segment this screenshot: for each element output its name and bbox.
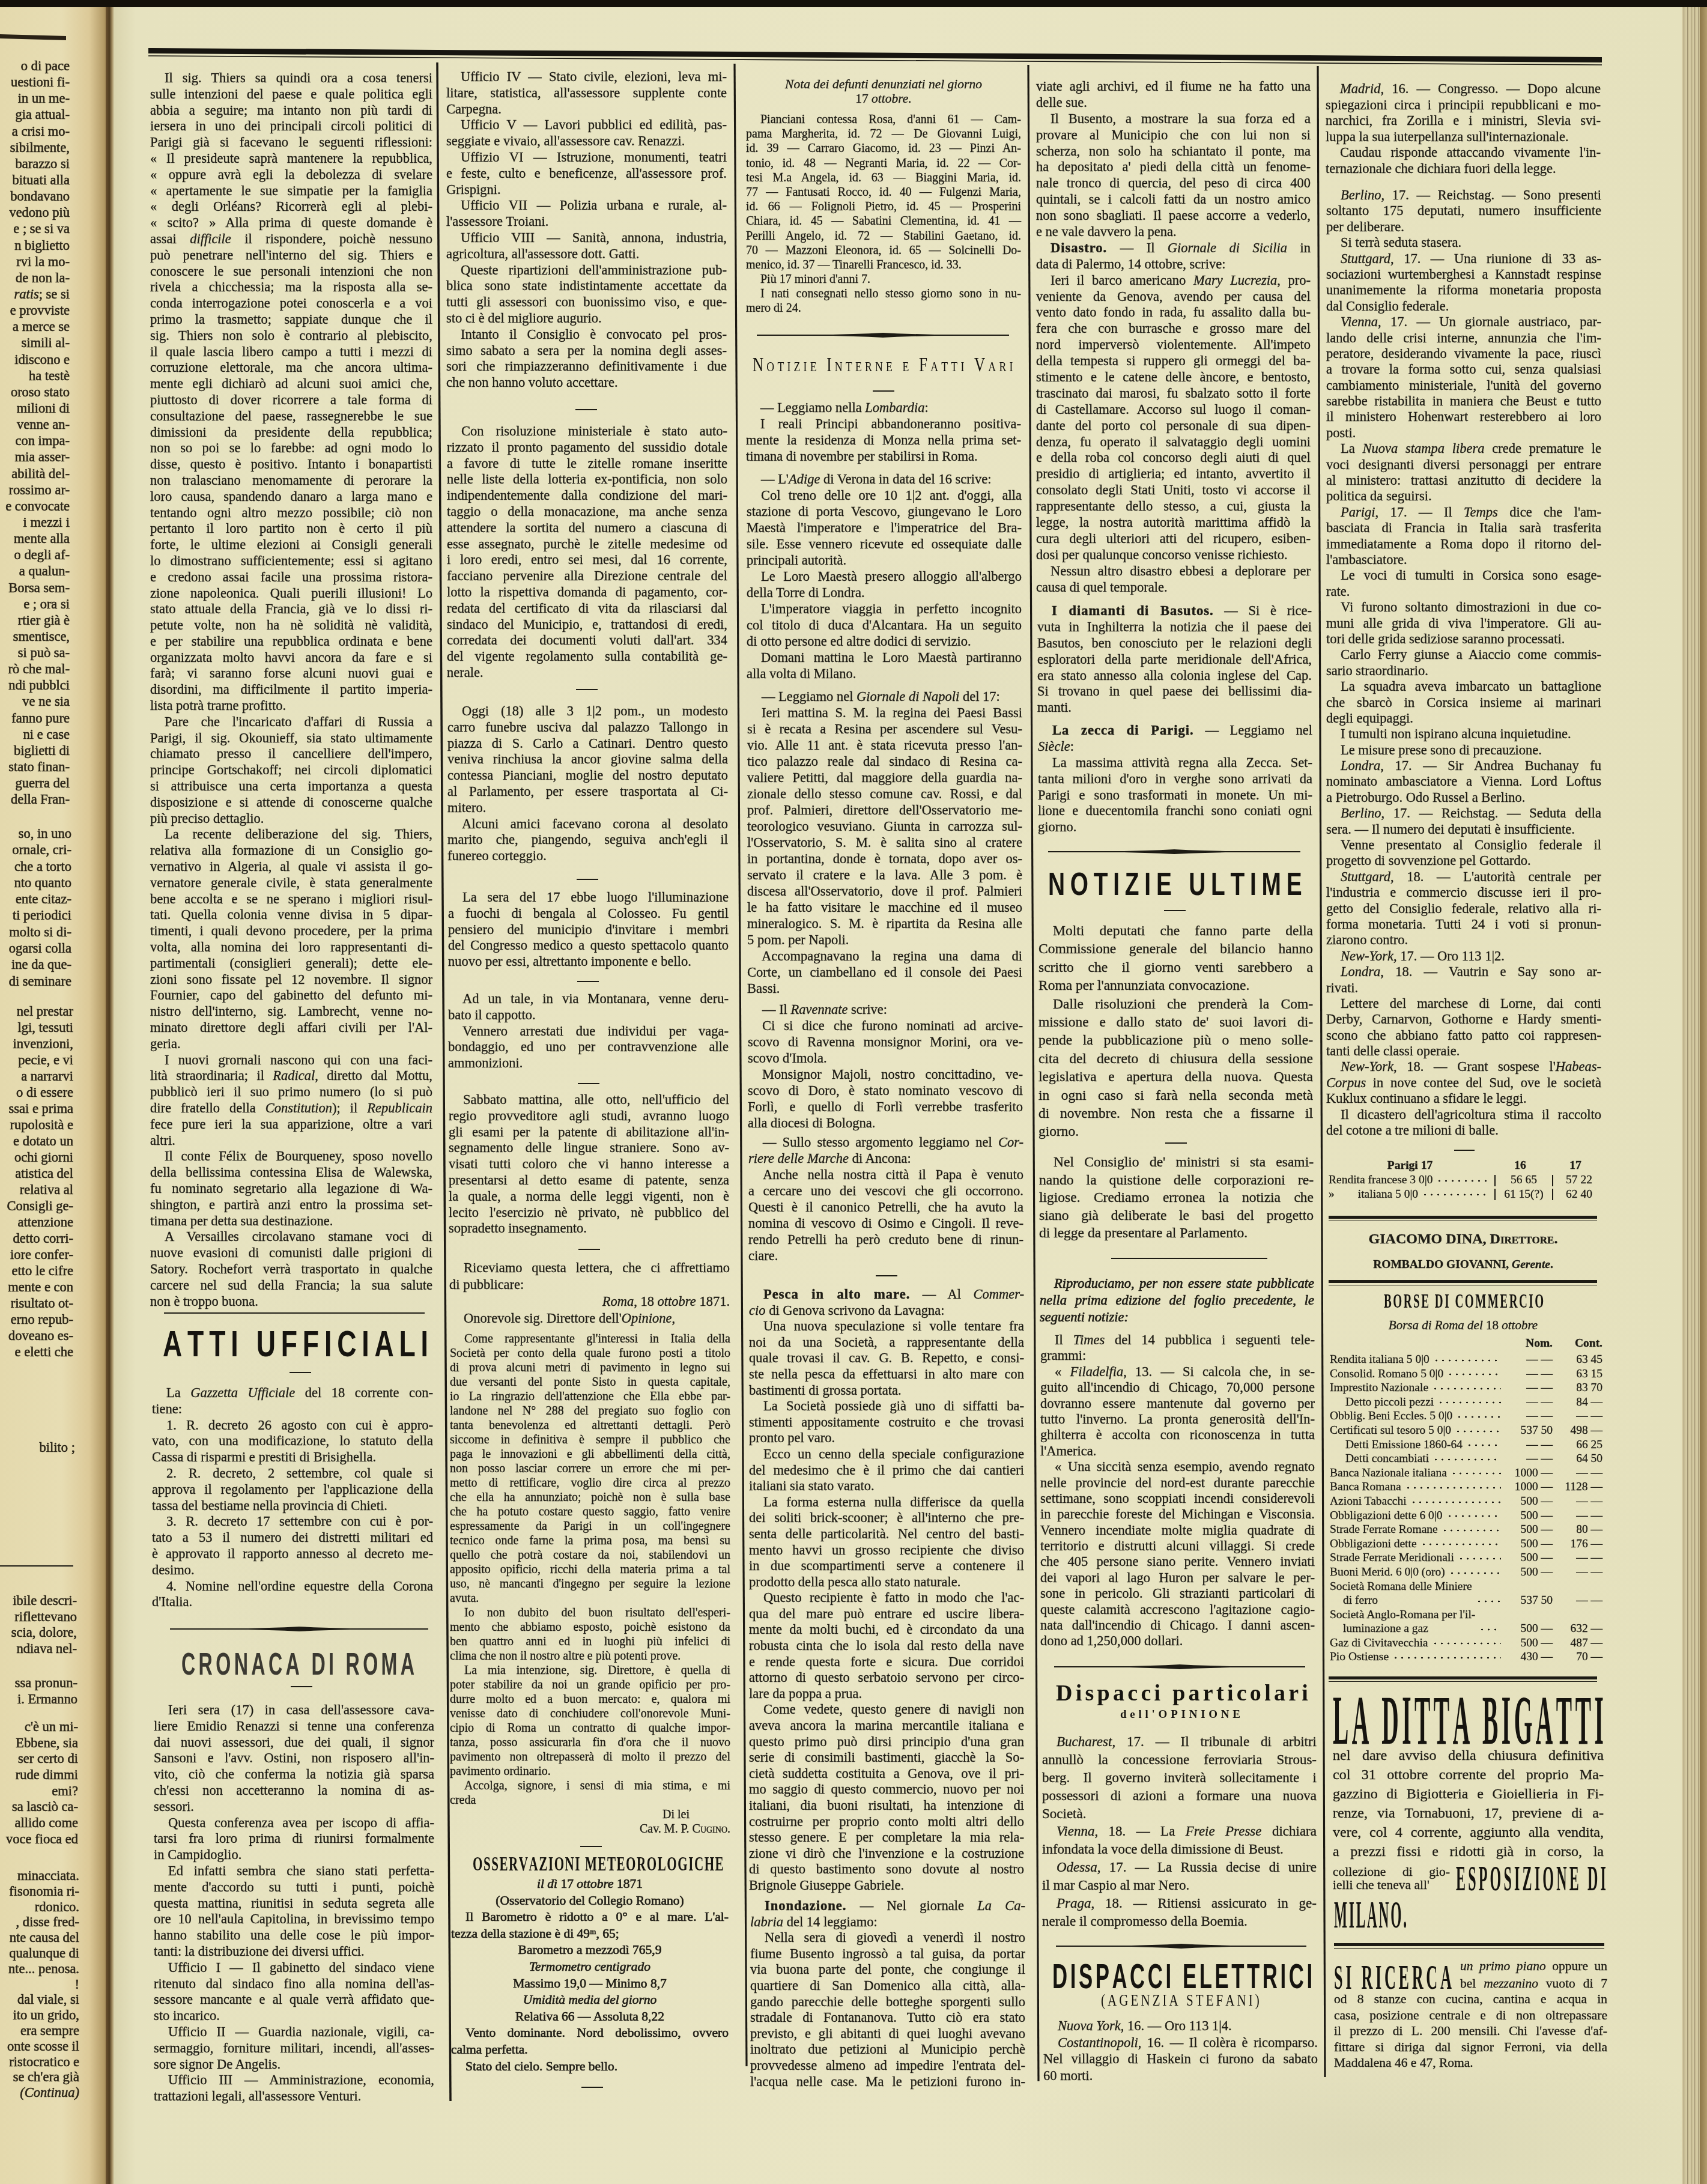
paragraph: Londra, 18. — Vautrin e Say sono ar-riva… <box>1326 964 1601 996</box>
text-line: attendere la sortita del numero a ciascu… <box>447 520 727 536</box>
text-line: scovo d'Imola. <box>748 1050 1023 1066</box>
text-line: scovo di Ravenna monsignor Morini, ora v… <box>748 1034 1023 1050</box>
short-rule <box>576 689 598 690</box>
heading-glyph: T <box>1231 1959 1244 1994</box>
text-line: dei soliti brick-scooner; è all'interno … <box>749 1510 1024 1526</box>
text-line: ste nella pesca da effettuarsi in alto m… <box>749 1367 1024 1383</box>
text-line: blica sono state indistintamente accetta… <box>446 278 727 294</box>
dot-leader <box>1476 1598 1501 1604</box>
heading-glyph: O <box>1390 1896 1401 1934</box>
paragraph: Venne presentato al Consiglio federale i… <box>1326 837 1601 869</box>
text-line: Carpegna. <box>446 102 727 118</box>
text-line: o di pace <box>0 58 70 74</box>
text-line: ha depositato a' piedi della città un fe… <box>1036 159 1311 175</box>
text-line: del Congresso medico a questo spettacolo… <box>448 938 729 954</box>
text-line: e della roba col concorso degli aiuti di… <box>1036 450 1311 466</box>
text-line: Londra, 17. — Sir Andrea Buchanay fu <box>1326 758 1601 774</box>
bold-run: Inondazione. <box>765 1898 846 1913</box>
text-line: prodotto della pesca allo stato naturale… <box>749 1574 1024 1591</box>
heading-glyph: R <box>1412 1961 1424 1995</box>
italic-run: Praga <box>1057 1896 1091 1911</box>
bold-run: I diamanti di Basutos. <box>1052 603 1214 618</box>
text-run: — Nel giornale <box>846 1898 977 1913</box>
section-heading-notizie-ultime: NOTIZIE ULTIME <box>1048 868 1302 900</box>
heading-glyph <box>896 355 899 375</box>
paragraph: Le voci di tumulti in Corsica sono esage… <box>1326 568 1601 599</box>
text-run: dice che l'am- <box>1498 505 1601 520</box>
paragraph: od 8 stanze con cucina, cantina e acqua … <box>1334 1991 1607 2071</box>
text-line: Le Loro Maestà presero alloggio all'albe… <box>747 568 1022 584</box>
paragraph: I diamanti di Basutos. — Si è rice-vuta … <box>1037 603 1312 716</box>
text-line: sone in pericolo. Gli strazianti partico… <box>1040 1586 1315 1601</box>
paragraph: — Il Ravennate scrive: <box>748 1001 1023 1018</box>
text-line: etto le cifre <box>0 1263 73 1279</box>
dot-leader <box>1456 1414 1501 1420</box>
text-line: Oggi (18) alle 3 1|2 pom., un modesto <box>447 703 728 720</box>
text-run: , 17. — Il <box>1375 505 1464 520</box>
text-line: previsto, e gli abitanti di quei luoghi … <box>750 2026 1025 2042</box>
paragraph: il dì 17 ottobre 1871 <box>451 1876 729 1893</box>
text-line: altri. <box>150 1133 432 1149</box>
text-line: Nessun altro disastro ebbesi a deplorare… <box>1036 563 1311 580</box>
text-line: questa mattina, riunitisi in seduta segr… <box>154 1896 434 1912</box>
italic-run: Borsa di Roma del <box>1389 1318 1483 1332</box>
text-line: nata dall'incendio di Chicago. I danni a… <box>1040 1618 1315 1633</box>
text-line: nel dare avviso della chiusura definitiv… <box>1333 1746 1604 1765</box>
text-line: rappresentante dello stesso, a cui, gius… <box>1036 499 1311 515</box>
dot-leader <box>1449 1570 1501 1576</box>
heading-glyph: I <box>1349 1896 1354 1934</box>
text-line: rdonico. <box>0 1899 79 1915</box>
text-line: io La ringrazio dell'attenzione che Ella… <box>450 1389 730 1404</box>
cell-cont: — — <box>1556 1409 1602 1424</box>
paragraph: ROMBALDO GIOVANNI, Gerente. <box>1326 1258 1601 1272</box>
text-line: spiegazioni circa i principii repubblica… <box>1326 97 1601 114</box>
cell-nom: 500 — <box>1505 1565 1553 1580</box>
section-heading-dispacci-particolari: Dispacci particolari <box>1056 1682 1308 1704</box>
text-line: ito un grido, <box>0 2007 79 2023</box>
heading-glyph: c <box>1237 1682 1247 1704</box>
text-line: che sbarcò in Corsica insieme ai marinar… <box>1326 695 1601 711</box>
italic-run: Stuttgard <box>1341 251 1390 266</box>
heading-glyph: I <box>575 1854 580 1875</box>
text-line: stesso genere. E per completare la mia r… <box>749 1830 1024 1846</box>
text-line: Ad un tale, in via Montanara, venne deru… <box>448 991 729 1007</box>
cell-nom: 1000 — <box>1505 1480 1553 1494</box>
text-line: seggiate e vivaio, all'assessore cav. Re… <box>446 133 727 150</box>
dispacci-particolari-items: Bucharest, 17. — Il tribunale di arbitri… <box>1042 1733 1317 1931</box>
text-line: ndiava nel- <box>0 1641 77 1657</box>
ad-si-ricerca-body: od 8 stanze con cucina, cantina e acqua … <box>1334 1991 1607 2071</box>
text-line: invenzioni, <box>0 1036 73 1052</box>
double-rule <box>1329 1280 1597 1285</box>
article-uffici-municipali: Ufficio IV — Stato civ​ile, elezioni, le… <box>446 69 727 391</box>
heading-glyph <box>912 355 916 375</box>
text-line: tesi M.a Angela, id. 63 — Biaggini Maria… <box>746 171 1021 185</box>
text-line: un primo piano oppure un <box>1460 1958 1607 1975</box>
heading-glyph: N <box>234 1649 248 1680</box>
heading-glyph: E <box>1232 1709 1240 1721</box>
paragraph: Stuttgard, 17. — Una riunione di 33 as-s… <box>1326 251 1601 315</box>
text-line: Massimo 19,0 — Minimo 8,7 <box>451 1976 729 1992</box>
italic-run: Stuttgard <box>1341 869 1390 884</box>
italic-run: Filadelfia <box>1070 1364 1123 1379</box>
text-run: , 17. — Il tribunale di arbitri <box>1112 1734 1317 1749</box>
heading-glyph: O <box>1542 1860 1554 1896</box>
text-line: nella prima edizione del foglio preceden… <box>1040 1292 1314 1309</box>
text-line: d'Italia. <box>152 1594 433 1610</box>
heading-glyph: S <box>1413 1292 1420 1312</box>
heading-glyph: L <box>399 1326 416 1363</box>
text-line: serie di consimili bastimenti, giacchè l… <box>749 1750 1024 1766</box>
text-line: ziarono contro. <box>1326 932 1601 948</box>
italic-run: Nota dei defunti denunziati nel giorno <box>785 77 982 91</box>
text-line: 1. R. decreto 26 agosto con cui è appro- <box>152 1418 433 1434</box>
text-line: « degli Orléans? Ricorrerà egli al plebi… <box>150 199 432 215</box>
text-line: lo dimostrano sufficientemente; essi si … <box>150 553 432 569</box>
text-line: lgi, tessuti <box>0 1019 73 1036</box>
heading-glyph: I <box>1144 868 1151 900</box>
text-line: biglietti di <box>0 742 70 759</box>
text-line: degli equipaggi. <box>1326 711 1601 726</box>
cell-cont: 1128 — <box>1556 1480 1602 1494</box>
text-line: con impa- <box>0 432 70 449</box>
cell-label: Imprestito Nazionale <box>1330 1381 1428 1395</box>
text-line: progetto di sovvenzione pel Gottardo. <box>1326 853 1601 869</box>
text-line: disse, questo è positivo. Intanto i bona… <box>150 457 432 473</box>
text-line: dimissioni da presidente della repubblic… <box>150 425 432 441</box>
text-line: La squadra aveva imbarcato un battaglion… <box>1326 679 1601 694</box>
table-row: Consolid. Romano 5 0|0— —63 15 <box>1330 1367 1602 1382</box>
heading-glyph <box>1451 1292 1454 1312</box>
text-line: non so poi se lo farebbe: ad ogni modo l… <box>150 440 432 457</box>
text-run: del 14 pubblica i seguenti tele- <box>1105 1332 1315 1347</box>
text-line: a favore di tutte le zitelle romane inse… <box>447 456 727 472</box>
text-line: mia asser- <box>0 449 70 465</box>
text-line: non posso lasciar correre un errore che … <box>450 1461 730 1476</box>
heading-glyph: O <box>1208 1709 1217 1721</box>
heading-glyph: I <box>1375 1961 1381 1995</box>
short-rule <box>578 1249 600 1250</box>
paragraph: « Una siccità senza esempio, avendo regn… <box>1040 1459 1315 1649</box>
section-heading-cronaca-di-roma: CRONACA DI ROMA <box>181 1649 414 1680</box>
text-line: rude dimmi <box>0 1767 78 1783</box>
text-line: inoltrato due petizioni al Municipio per… <box>750 2042 1025 2058</box>
text-run: : <box>1070 739 1074 754</box>
heading-glyph: C <box>1519 1292 1527 1312</box>
text-line: idiscono e <box>0 351 70 368</box>
paragraph: — Leggiamo nel Giornale di Napoli del 17… <box>747 688 1022 705</box>
text-line: della Fran- <box>0 791 70 807</box>
text-line: Borsa di Roma del 18 ottobre <box>1326 1318 1601 1332</box>
text-line: a qualun- <box>0 563 70 579</box>
text-line: nuovo per essi, altrettanto imponente e … <box>448 954 729 970</box>
text-line: Ed infatti sembra che siano stati perfet… <box>154 1863 434 1879</box>
heading-glyph: A <box>1352 1686 1369 1756</box>
telegrams-list: Berlino, 17. — Reichstag. — Sono present… <box>1326 187 1601 1138</box>
cell-label: Azioni Tabacchi <box>1330 1494 1407 1509</box>
text-line: ammonizioni. <box>448 1055 729 1072</box>
text-line: fanno pure <box>0 710 70 726</box>
ornamental-rule <box>1048 851 1300 852</box>
heading-glyph: S <box>491 1854 499 1875</box>
paragraph: 3. R. decreto 17 settembre con cui è por… <box>152 1514 433 1578</box>
heading-glyph: z <box>794 355 801 375</box>
text-line: consolato degli Stati Uniti, tosto vi ac… <box>1036 482 1311 499</box>
paragraph: Le misure prese sono di precauzione. <box>1326 742 1601 758</box>
text-run: — Si è rice- <box>1214 603 1312 618</box>
text-line: fiume Busento ingrossò a tal guisa, da p… <box>750 1946 1025 1962</box>
text-line: a Pietroburgo. Odo Russel a Berlino. <box>1326 790 1601 805</box>
text-line: Vennero incendiate molte miglia quadrate… <box>1040 1523 1315 1538</box>
paragraph: GIACOMO DINA, Direttore. <box>1326 1231 1601 1247</box>
text-run: vuoto di 7 <box>1538 1976 1607 1991</box>
text-line: voci designanti diversi personaggi per e… <box>1326 457 1601 473</box>
heading-glyph: I <box>1181 1709 1186 1721</box>
text-line: sig. Thiers non solo è contrario al pleb… <box>150 328 432 344</box>
text-run: , 13. — Si calcola che, in se- <box>1123 1364 1315 1379</box>
column-divider-2 <box>735 64 747 2066</box>
table-row: Rendita francese 3 0|056 6557 22 <box>1329 1173 1602 1188</box>
text-line: sarebbe ristabilita in maniera che Beust… <box>1326 393 1601 409</box>
text-line: prof. Palmieri, direttore dell'Osservato… <box>747 802 1022 818</box>
text-line: siano già deliberate le basi del progett… <box>1039 1207 1314 1225</box>
text-line: Borsa sem- <box>0 580 70 596</box>
text-line: sario straordinario. <box>1326 663 1601 679</box>
news-inondazione: Inondazione. — Nel giornale La Ca-labria… <box>750 1898 1025 2090</box>
facing-page-fragment: ssa pronun-i. Ermanno <box>0 1675 77 1707</box>
text-line: possessori di azioni a formare una nuova <box>1042 1787 1317 1805</box>
text-line: Fournier, capo del gabinetto del defunto… <box>150 987 432 1004</box>
text-line: oroso stato <box>0 384 70 400</box>
text-line: mente alla <box>0 530 70 547</box>
news-zecca-parigi: La zecca di Parigi. — Leggiamo nelSiècle… <box>1038 723 1312 836</box>
text-run: crede premature le <box>1485 441 1601 456</box>
text-line: Ieri sera (17) in casa dell'assessore ca… <box>154 1702 434 1718</box>
heading-glyph <box>581 1854 584 1875</box>
table-row: Strade Ferrate Romane500 —80 — <box>1330 1523 1602 1537</box>
text-line: ritenuto dal sindaco fino alla nomina de… <box>154 1976 434 1992</box>
text-run: — Il <box>762 1002 791 1017</box>
heading-glyph: e <box>886 355 893 375</box>
heading-glyph: I <box>1594 1686 1603 1756</box>
text-line: muni alle grida di viva l'imperatore. Gl… <box>1326 616 1601 631</box>
italic-run: Parigi <box>1341 505 1375 520</box>
cell-nom: — — <box>1505 1395 1553 1410</box>
cell-cont: — — <box>1556 1494 1602 1509</box>
text-run: , 16. — Congresso. — Dopo alcune <box>1381 81 1601 96</box>
heading-glyph: O <box>1465 1292 1474 1312</box>
text-line: l'acqua nelle case. Ma le petizioni furo… <box>750 2074 1025 2090</box>
heading-glyph: I <box>1113 868 1120 900</box>
news-diamanti-basutos: I diamanti di Basutos. — Si è rice-vuta … <box>1037 603 1312 716</box>
text-line: simili al- <box>0 335 70 351</box>
text-line: quale trovasi il cav. G. B. Repetto, e c… <box>749 1350 1024 1367</box>
text-line: New-York, 18. — Grant sospese l'Habeas- <box>1326 1059 1601 1075</box>
text-line: funereo corteggio. <box>447 848 728 864</box>
text-line: al ministero: trattasi anzitutto di deci… <box>1326 473 1601 488</box>
heading-glyph: I <box>688 1854 693 1875</box>
heading-glyph: R <box>1404 1292 1412 1312</box>
cell-nom: — — <box>1505 1452 1553 1466</box>
text-line: e ; ora si <box>0 596 70 612</box>
heading-glyph: O <box>626 1854 635 1875</box>
text-line: disordini, ma difficilmente il partito i… <box>150 682 432 698</box>
text-line: Chiara, id. 45 — Sabatini Clementina, id… <box>746 214 1021 228</box>
text-line: siccome in definitiva è sempre il pubbli… <box>450 1433 730 1447</box>
text-line: geria. <box>150 1036 432 1052</box>
text-line: cio di Genova scrivono da Lavagna: <box>749 1303 1024 1319</box>
text-line: Odessa, 17. — La Russia decise di unire <box>1042 1858 1317 1876</box>
text-line: berg. Il governo inviterà sollecitamente… <box>1042 1769 1317 1787</box>
text-line: quello che potrà costare da noi, stabile… <box>450 1548 730 1562</box>
text-line: può penetrare nell'interno del sig. Thie… <box>150 247 432 264</box>
heading-glyph: T <box>1094 868 1108 900</box>
heading-glyph: t <box>951 355 957 375</box>
text-line: vio. Alle 11 ant. è stata ricevuta press… <box>747 737 1022 753</box>
heading-glyph: C <box>1455 1292 1463 1312</box>
text-line: in ogni caso si farà nella seconda metà <box>1038 1087 1313 1105</box>
paragraph: Il sig. Thiers sa quindi ora a cosa tene… <box>150 70 432 714</box>
text-line: Termometro centigrado <box>451 1959 729 1976</box>
dot-leader <box>1442 1527 1501 1533</box>
text-line: assai difficile il rispondere, poichè ne… <box>150 231 432 247</box>
text-line: principe Gortschakoff; nei circoli diplo… <box>150 762 432 778</box>
text-line: legislativa e apertura della nuova. Ques… <box>1038 1068 1313 1086</box>
dot-leader <box>1420 1541 1501 1547</box>
heading-glyph: E <box>1206 1992 1214 2009</box>
text-run: — Leggiamo nella <box>760 400 865 415</box>
heading-glyph: C <box>1384 1961 1396 1995</box>
text-line: organizzata molto havvi ancora da fare e… <box>150 650 432 666</box>
text-run: 18 <box>1483 1318 1502 1332</box>
text-line: tanti delle classi operaie. <box>1326 1043 1601 1059</box>
heading-glyph: o <box>1250 1682 1261 1704</box>
paragraph: New-York, 17. — Oro 113 1|2. <box>1326 948 1601 964</box>
italic-run: Giornale di Napoli <box>857 689 959 704</box>
text-line: tico palazzo reale dal sindaco di Resina… <box>747 753 1022 769</box>
italic-run: il dì <box>537 1876 557 1891</box>
paragraph: Berlino, 17. — Reichstag. — Seduta della… <box>1326 805 1601 837</box>
small-caps-run: Direttore <box>1490 1231 1554 1247</box>
paragraph: Vienna, 17. — Un giornale austriaco, par… <box>1326 314 1601 441</box>
text-line: I nuovi grornali nascono qui con una fac… <box>150 1052 432 1069</box>
cell-nom: — — <box>1505 1367 1553 1382</box>
text-line: mo saggio di questo commercio, nuovo per… <box>749 1782 1024 1798</box>
text-line: italiani sia stato varato. <box>749 1478 1024 1494</box>
heading-glyph: L <box>1211 868 1225 900</box>
text-line: Il Times del 14 pubblica i seguenti tele… <box>1040 1332 1315 1348</box>
heading-glyph: D <box>1381 1686 1398 1756</box>
text-line: landone nel N° 288 del pregiato suo fogl… <box>450 1404 730 1418</box>
paragraph: Col treno delle ore 10 1|2 ant. d'oggi, … <box>747 487 1022 568</box>
text-line: quintali, se i calcoli fatti da un nostr… <box>1036 192 1311 208</box>
heading-glyph: R <box>1509 1292 1518 1312</box>
heading-glyph: c <box>1141 1682 1151 1704</box>
text-line: immediatamente a Roma dopo il ritorno de… <box>1326 536 1601 552</box>
heading-glyph: O <box>554 1854 564 1875</box>
text-line: ti periodici <box>0 907 71 923</box>
paragraph: 1. R. decreto 26 agosto con cui è appro-… <box>152 1418 433 1466</box>
text-line: col 31 ottobre corrente del proprio Ma- <box>1333 1765 1604 1785</box>
heading-glyph: c <box>1127 1682 1138 1704</box>
text-line: Si terrà seduta stasera. <box>1326 235 1601 250</box>
text-line: tori delle grida sediziose saranno proce… <box>1326 631 1601 647</box>
heading-glyph: E <box>1156 868 1172 900</box>
text-line: ssai e prima <box>0 1100 73 1117</box>
cell-nom: 500 — <box>1505 1494 1553 1509</box>
text-line: si attribuisce una certa importanza a qu… <box>150 778 432 795</box>
cell-label: Consolid. Romano 5 0|0 <box>1330 1367 1443 1382</box>
text-line: mente da molti buchi, ed è circondato da… <box>749 1622 1024 1638</box>
paragraph: Roma, 18 ottobre 1871. <box>449 1293 730 1310</box>
ad-bigatti-body: nel dare avviso della chiusura definitiv… <box>1333 1746 1604 1861</box>
text-line: a crisi mo- <box>0 123 70 139</box>
text-run: del 14 leggiamo: <box>783 1914 878 1929</box>
text-line: risultato ot- <box>0 1295 73 1311</box>
cell-nom: — — <box>1505 1381 1553 1395</box>
text-run: in <box>1287 240 1311 255</box>
paris-bourse-header-label: Parigi 17 <box>1329 1159 1491 1173</box>
text-line: rivela a chicchessia; ma la risposta all… <box>150 279 432 296</box>
text-line: nistro dell'interno, sig. Lambrecht, ven… <box>150 1004 432 1020</box>
text-line: aveva ancora la marina mercantile italia… <box>749 1718 1024 1734</box>
text-line: shington, e partirà anzi entro la prossi… <box>150 1197 432 1213</box>
text-line: il mar Caspio al mar Nero. <box>1042 1876 1317 1894</box>
heading-glyph: Z <box>539 1854 547 1875</box>
paragraph: ssa pronun-i. Ermanno <box>0 1675 77 1707</box>
heading-glyph: L <box>658 1854 666 1875</box>
text-line: Kuklux continuano a sfidare le leggi. <box>1326 1091 1601 1106</box>
italic-run: ratis <box>14 286 38 302</box>
heading-glyph: i <box>804 355 807 375</box>
text-line: presentarsi al detto esame di patente, s… <box>449 1172 729 1189</box>
atti-ufficiali-body: La Gazzetta Ufficiale del 18 corrente co… <box>152 1385 433 1610</box>
italic-run: ottobre <box>658 1294 696 1309</box>
heading-glyph: C <box>337 1326 356 1363</box>
heading-glyph: I <box>1601 1860 1606 1896</box>
text-line: si può sa- <box>0 645 70 661</box>
text-line: dante del porto col personale di sua dip… <box>1036 418 1311 434</box>
text-line: sessore mancante e al quale verrà affida… <box>154 1992 434 2008</box>
text-line: loro causa, spandendo danaro a larga man… <box>150 489 432 505</box>
text-line: — Sullo stesso argomento leggiamo nel Co… <box>748 1134 1023 1150</box>
paragraph: Vi furono soltanto dimostrazioni in due … <box>1326 599 1601 647</box>
text-line: id. 39 — Carraro Giacomo, id. 23 — Pinzi… <box>746 141 1021 156</box>
text-line: guito all'incendio di Chicago, 70,000 pe… <box>1040 1380 1315 1395</box>
heading-glyph: N <box>1141 1992 1150 2009</box>
text-line: più preciso dettaglio. <box>150 811 432 827</box>
paragraph: Monsignor Majoli, nostro concittadino, v… <box>748 1066 1023 1131</box>
heading-glyph <box>820 355 823 375</box>
newspaper-page: o di paceuestioni fi-in un me-gia attual… <box>0 0 1707 2184</box>
text-line: vento dato fondo in rada, fu assalito da… <box>1036 305 1311 321</box>
text-line: zioni sono fissate pel 12 novembre. Il s… <box>150 972 432 988</box>
heading-glyph: A <box>401 1649 414 1680</box>
text-line: relativa alla formazione di un Consiglio… <box>150 843 432 859</box>
text-line: e provviste <box>0 302 70 318</box>
text-line: vito, ciò che conferma la notizia già sp… <box>154 1767 434 1783</box>
italic-run: Gazzetta Ufficiale <box>190 1385 295 1400</box>
text-run: , pro- <box>1277 273 1311 288</box>
table-row: Obblig. Beni Eccles. 5 0|0— —— — <box>1330 1409 1602 1424</box>
heading-glyph: t <box>777 355 784 375</box>
text-run: il rispondere, poichè nessuno <box>231 231 432 246</box>
section-heading-notizie-interne: Notizie Interne e Fatti Vari <box>753 355 1013 375</box>
text-line: basciata di Francia in Italia sarà trasf… <box>1326 520 1601 536</box>
paragraph: Lettere del marchese di Lorne, dai conti… <box>1326 996 1601 1060</box>
heading-glyph: ( <box>1101 1992 1105 2009</box>
